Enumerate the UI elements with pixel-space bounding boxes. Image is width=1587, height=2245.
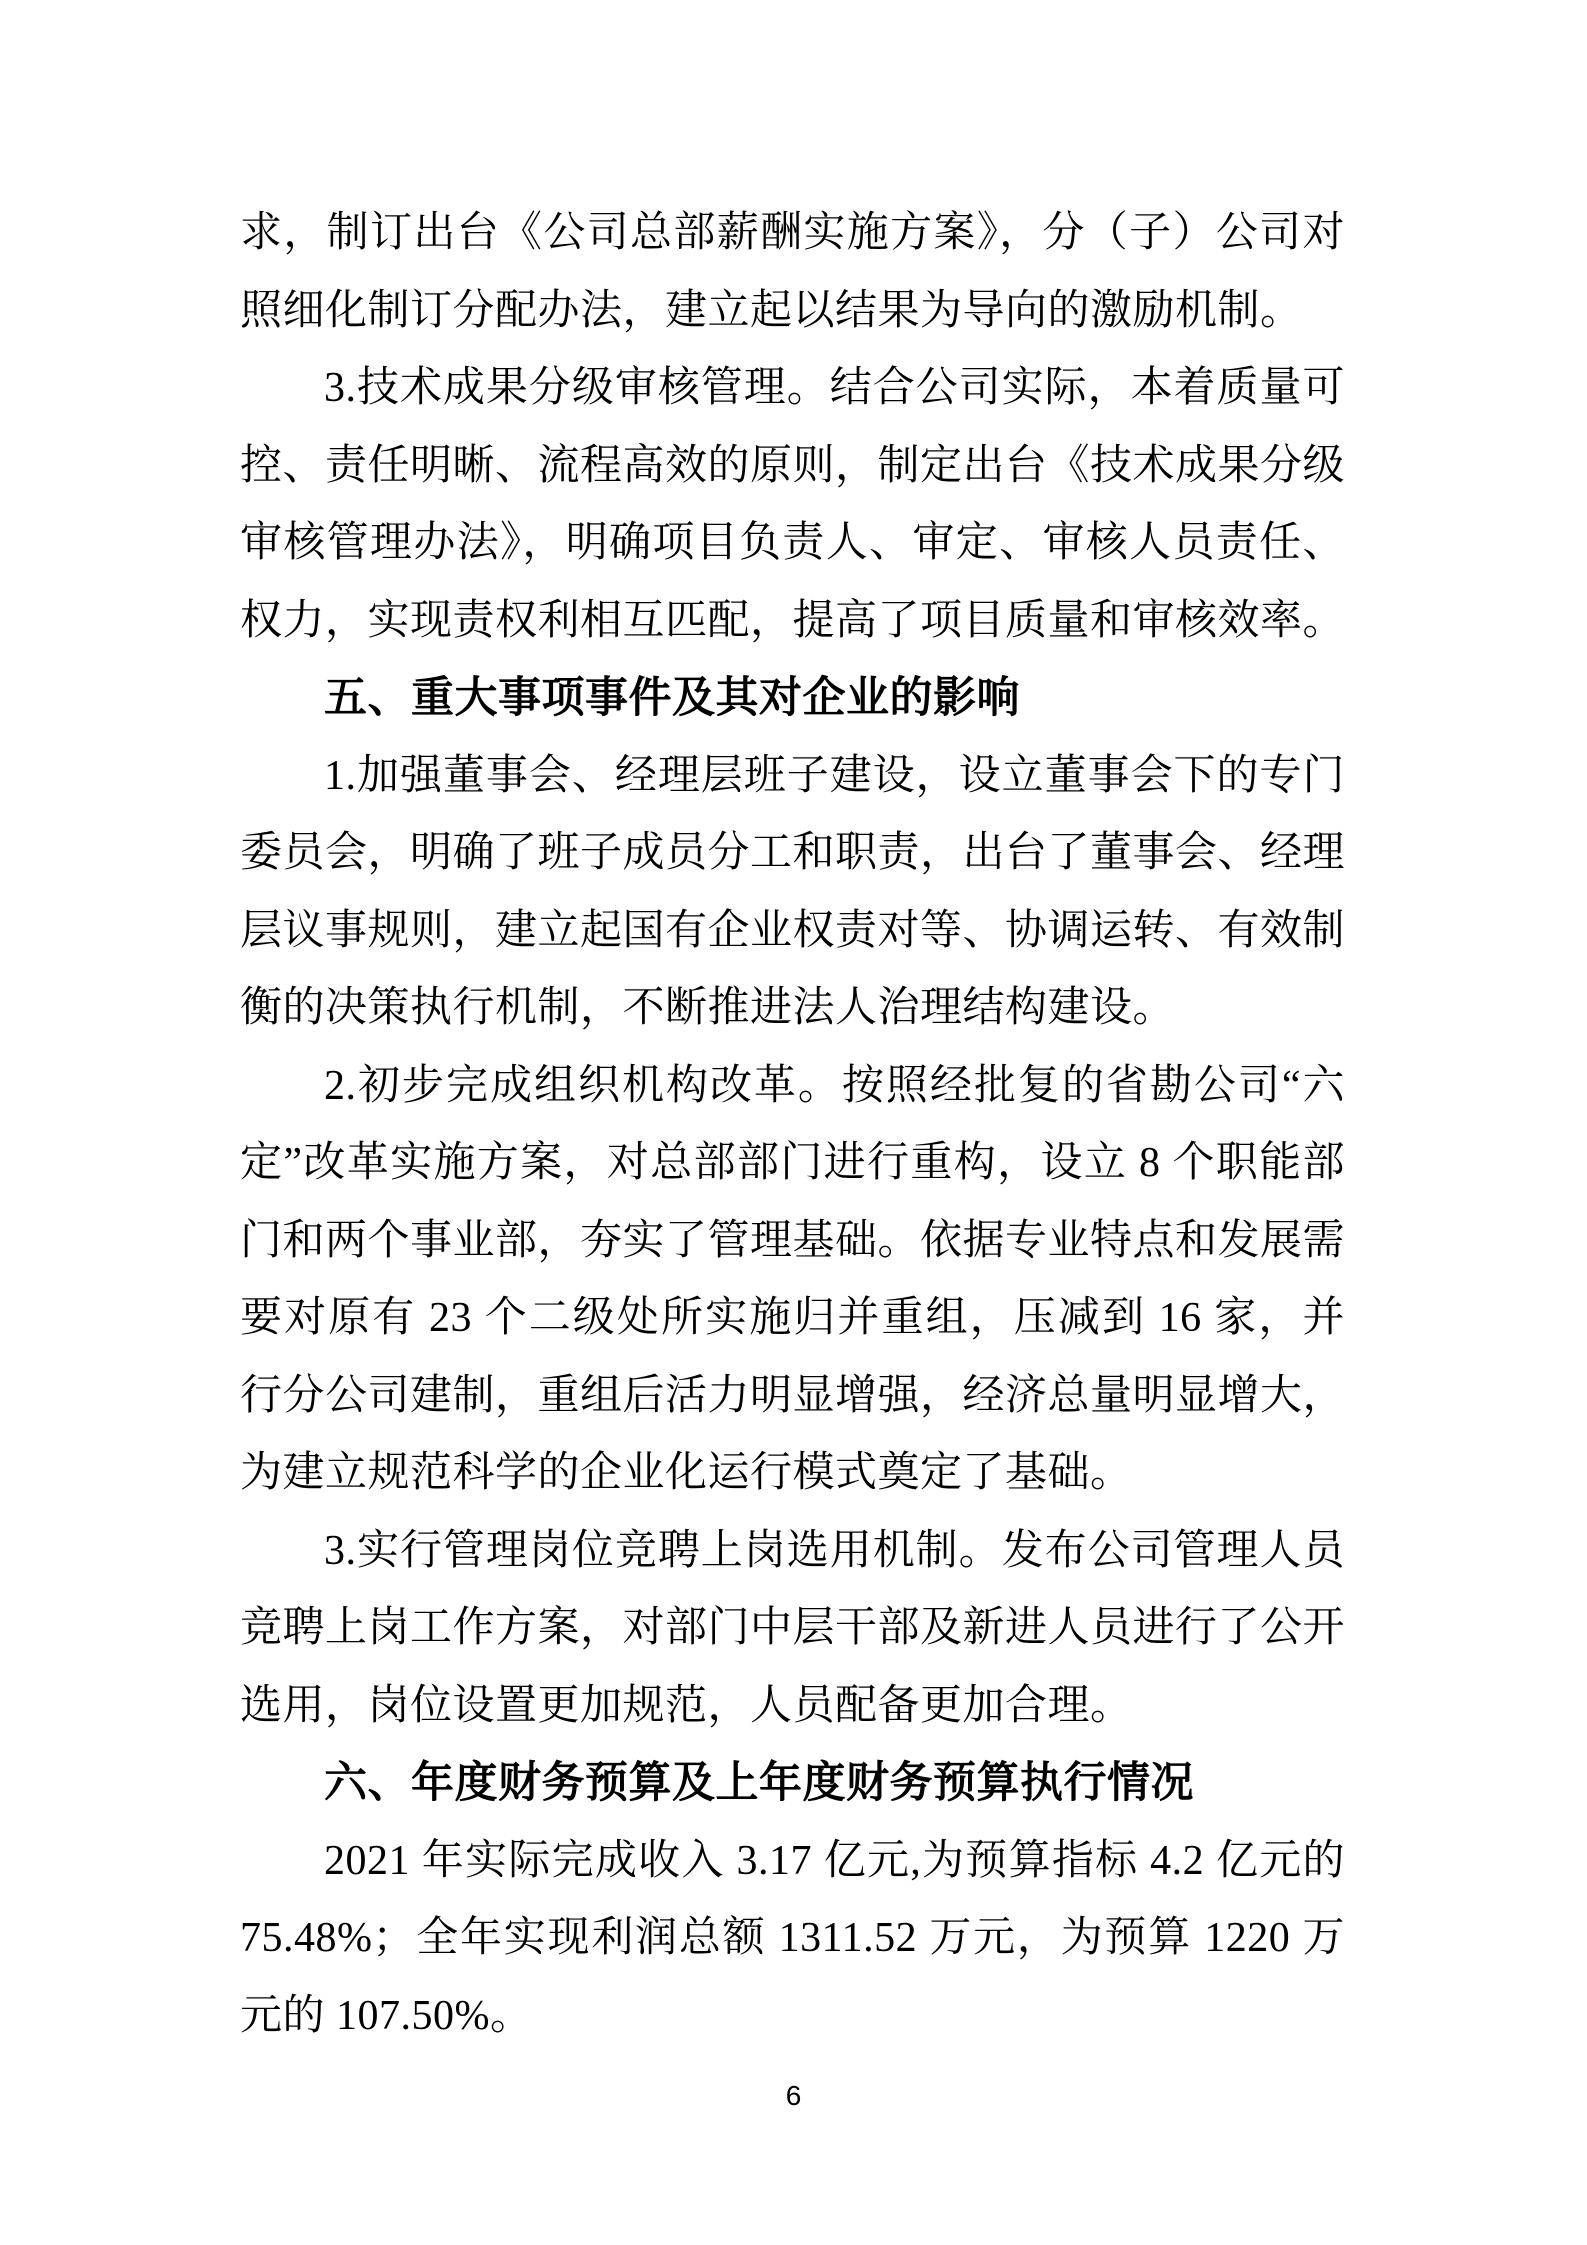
text-line: 求，制订出台《公司总部薪酬实施方案》，分（子）公司对: [240, 195, 1345, 273]
text-line: 审核管理办法》，明确项目负责人、审定、审核人员责任、: [240, 505, 1345, 583]
document-body: 求，制订出台《公司总部薪酬实施方案》，分（子）公司对照细化制订分配办法，建立起以…: [240, 195, 1345, 2055]
text-line: 委员会，明确了班子成员分工和职责，出台了董事会、经理: [240, 815, 1345, 893]
text-line: 为建立规范科学的企业化运行模式奠定了基础。: [240, 1435, 1345, 1513]
text-line: 控、责任明晰、流程高效的原则，制定出台《技术成果分级: [240, 428, 1345, 506]
text-line: 3.实行管理岗位竞聘上岗选用机制。发布公司管理人员: [240, 1513, 1345, 1591]
text-line: 3.技术成果分级审核管理。结合公司实际，本着质量可: [240, 350, 1345, 428]
text-line: 1.加强董事会、经理层班子建设，设立董事会下的专门: [240, 738, 1345, 816]
section-heading: 五、重大事项事件及其对企业的影响: [240, 660, 1345, 738]
text-line: 定”改革实施方案，对总部部门进行重构，设立 8 个职能部: [240, 1125, 1345, 1203]
text-line: 行分公司建制，重组后活力明显增强，经济总量明显增大，: [240, 1358, 1345, 1436]
text-line: 衡的决策执行机制，不断推进法人治理结构建设。: [240, 970, 1345, 1048]
text-line: 权力，实现责权利相互匹配，提高了项目质量和审核效率。: [240, 583, 1345, 661]
text-line: 2021 年实际完成收入 3.17 亿元,为预算指标 4.2 亿元的: [240, 1823, 1345, 1901]
text-line: 竞聘上岗工作方案，对部门中层干部及新进人员进行了公开: [240, 1590, 1345, 1668]
text-line: 选用，岗位设置更加规范，人员配备更加合理。: [240, 1668, 1345, 1746]
section-heading: 六、年度财务预算及上年度财务预算执行情况: [240, 1745, 1345, 1823]
text-line: 2.初步完成组织机构改革。按照经批复的省勘公司“六: [240, 1048, 1345, 1126]
page-number: 6: [0, 2080, 1587, 2112]
text-line: 75.48%；全年实现利润总额 1311.52 万元，为预算 1220 万: [240, 1900, 1345, 1978]
text-line: 门和两个事业部，夯实了管理基础。依据专业特点和发展需: [240, 1203, 1345, 1281]
document-page: 求，制订出台《公司总部薪酬实施方案》，分（子）公司对照细化制订分配办法，建立起以…: [0, 0, 1587, 2245]
text-line: 元的 107.50%。: [240, 1978, 1345, 2056]
text-line: 照细化制订分配办法，建立起以结果为导向的激励机制。: [240, 273, 1345, 351]
text-line: 要对原有 23 个二级处所实施归并重组，压减到 16 家，并实: [240, 1280, 1345, 1358]
text-line: 层议事规则，建立起国有企业权责对等、协调运转、有效制: [240, 893, 1345, 971]
